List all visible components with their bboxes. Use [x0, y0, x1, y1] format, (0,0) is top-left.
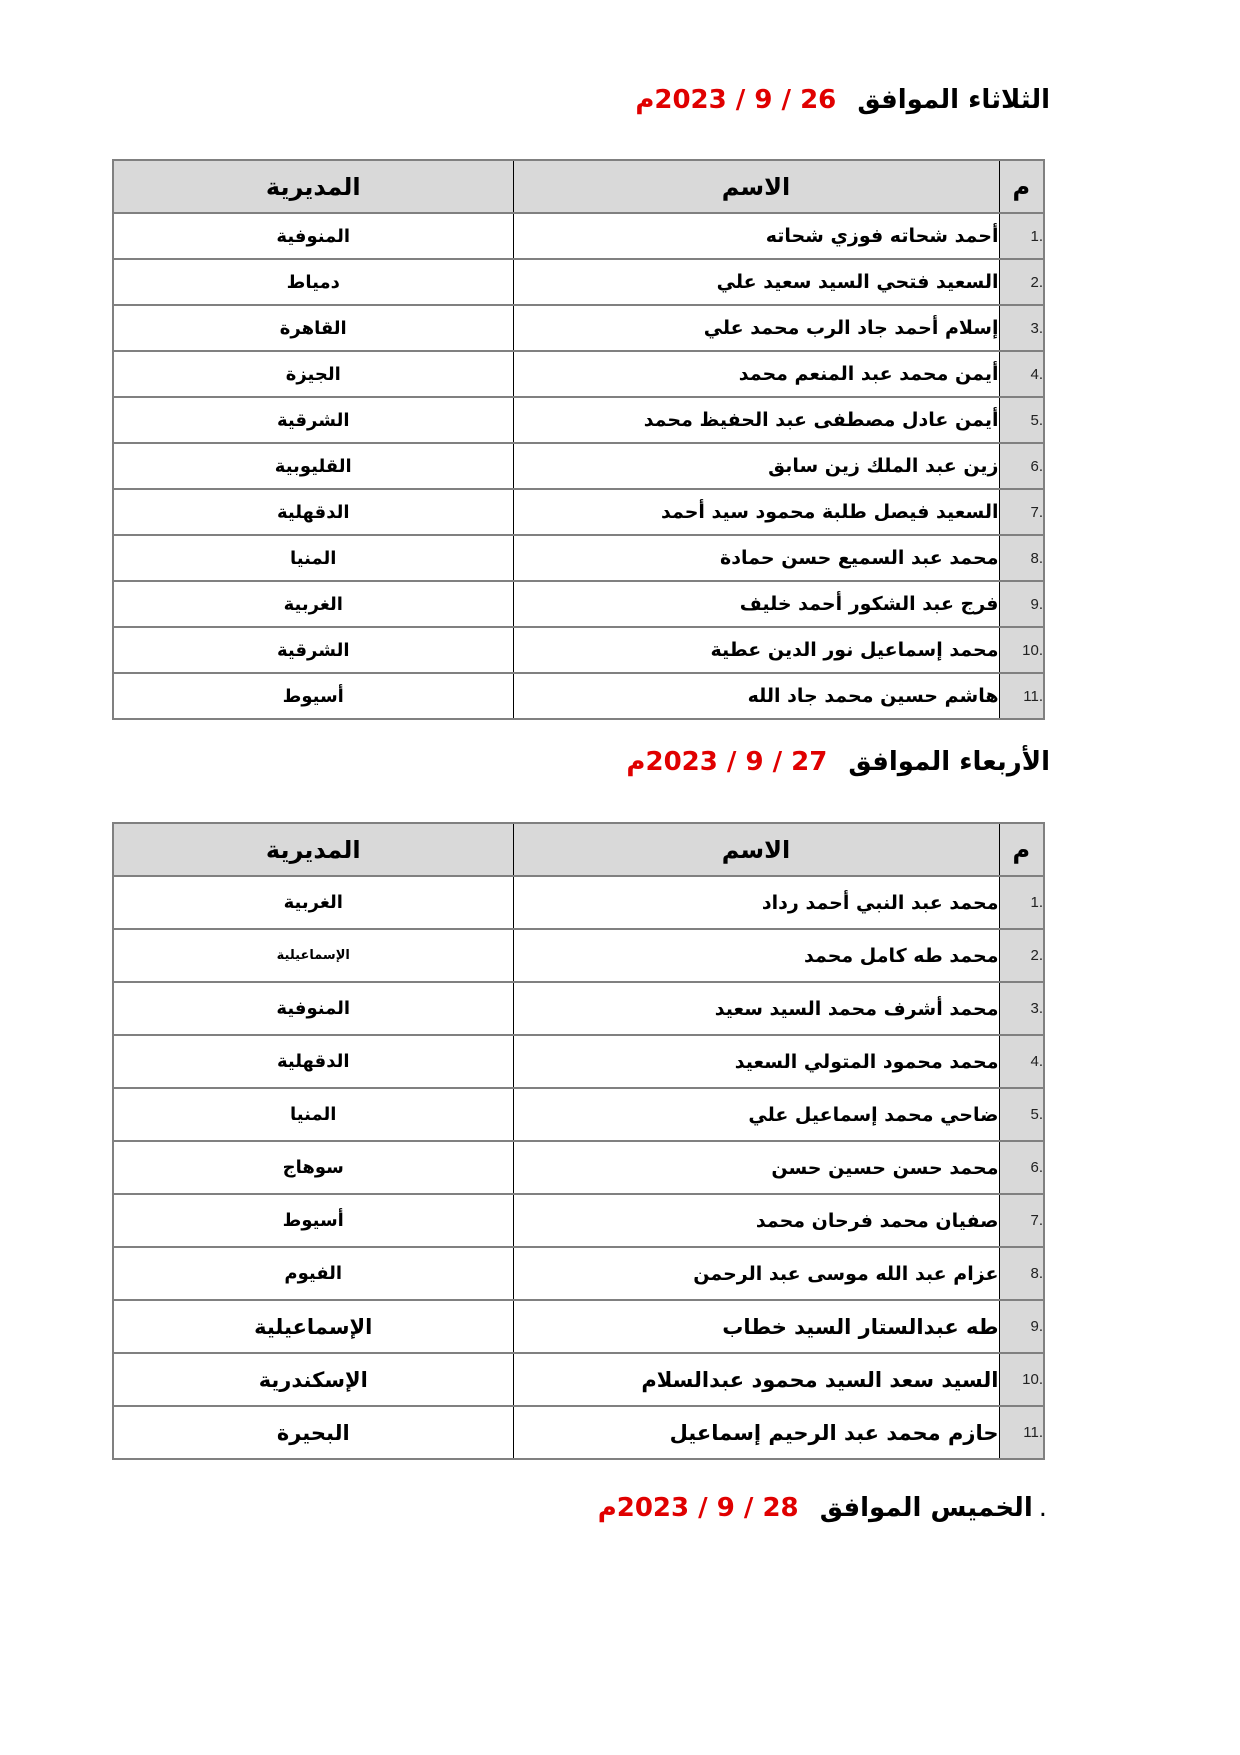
- row-directorate: الجيزة: [113, 351, 513, 397]
- row-name: إسلام أحمد جاد الرب محمد علي: [513, 305, 999, 351]
- row-number: 7.: [999, 1194, 1044, 1247]
- table-row: 3.إسلام أحمد جاد الرب محمد عليالقاهرة: [113, 305, 1044, 351]
- table-header-row: م الاسم المديرية: [113, 823, 1044, 876]
- row-name: السيد سعد السيد محمود عبدالسلام: [513, 1353, 999, 1406]
- row-number: 1.: [999, 876, 1044, 929]
- date-label: 26 / 9 / 2023م: [635, 85, 836, 115]
- row-name: عزام عبد الله موسى عبد الرحمن: [513, 1247, 999, 1300]
- roster-table-wednesday: م الاسم المديرية 1.محمد عبد النبي أحمد ر…: [112, 822, 1045, 1460]
- table-row: 3.محمد أشرف محمد السيد سعيدالمنوفية: [113, 982, 1044, 1035]
- table-row: 6.محمد حسن حسين حسنسوهاج: [113, 1141, 1044, 1194]
- column-header-directorate: المديرية: [113, 160, 513, 213]
- row-directorate: الإسماعيلية: [113, 1300, 513, 1353]
- date-label: 28 / 9 / 2023م: [598, 1493, 799, 1523]
- roster-table-tuesday: م الاسم المديرية 1.أحمد شحاته فوزي شحاته…: [112, 159, 1045, 720]
- row-directorate: الإسكندرية: [113, 1353, 513, 1406]
- row-number: 7.: [999, 489, 1044, 535]
- section-heading-thursday: .الخميس الموافق 28 / 9 / 2023م: [598, 1488, 1047, 1528]
- row-directorate: الإسماعيلية: [113, 929, 513, 982]
- table-row: 1.أحمد شحاته فوزي شحاتهالمنوفية: [113, 213, 1044, 259]
- row-name: أيمن عادل مصطفى عبد الحفيظ محمد: [513, 397, 999, 443]
- column-header-number: م: [999, 160, 1044, 213]
- row-number: 5.: [999, 1088, 1044, 1141]
- row-number: 8.: [999, 1247, 1044, 1300]
- row-number: 11.: [999, 1406, 1044, 1459]
- table-row: 8.محمد عبد السميع حسن حمادةالمنيا: [113, 535, 1044, 581]
- row-name: أحمد شحاته فوزي شحاته: [513, 213, 999, 259]
- column-header-name: الاسم: [513, 160, 999, 213]
- leading-dot: .: [1039, 1493, 1047, 1523]
- table-row: 2.السعيد فتحي السيد سعيد عليدمياط: [113, 259, 1044, 305]
- row-directorate: المنيا: [113, 535, 513, 581]
- row-number: 9.: [999, 581, 1044, 627]
- row-number: 8.: [999, 535, 1044, 581]
- table-row: 9.فرج عبد الشكور أحمد خليفالغربية: [113, 581, 1044, 627]
- row-name: السعيد فتحي السيد سعيد علي: [513, 259, 999, 305]
- table-row: 9.طه عبدالستار السيد خطابالإسماعيلية: [113, 1300, 1044, 1353]
- row-number: 9.: [999, 1300, 1044, 1353]
- row-number: 3.: [999, 982, 1044, 1035]
- table-row: 8.عزام عبد الله موسى عبد الرحمنالفيوم: [113, 1247, 1044, 1300]
- row-name: زين عبد الملك زين سابق: [513, 443, 999, 489]
- day-label: الثلاثاء الموافق: [857, 85, 1050, 115]
- row-number: 2.: [999, 259, 1044, 305]
- row-directorate: الفيوم: [113, 1247, 513, 1300]
- row-number: 10.: [999, 627, 1044, 673]
- table-row: 10.محمد إسماعيل نور الدين عطيةالشرقية: [113, 627, 1044, 673]
- table-row: 6.زين عبد الملك زين سابقالقليوبية: [113, 443, 1044, 489]
- day-label: الأربعاء الموافق: [848, 747, 1050, 777]
- row-name: صفيان محمد فرحان محمد: [513, 1194, 999, 1247]
- row-name: محمد عبد النبي أحمد رداد: [513, 876, 999, 929]
- row-number: 4.: [999, 351, 1044, 397]
- row-number: 10.: [999, 1353, 1044, 1406]
- row-directorate: البحيرة: [113, 1406, 513, 1459]
- row-name: طه عبدالستار السيد خطاب: [513, 1300, 999, 1353]
- row-directorate: القاهرة: [113, 305, 513, 351]
- row-name: ضاحي محمد إسماعيل علي: [513, 1088, 999, 1141]
- row-name: السعيد فيصل طلبة محمود سيد أحمد: [513, 489, 999, 535]
- row-number: 6.: [999, 1141, 1044, 1194]
- table-row: 5.ضاحي محمد إسماعيل عليالمنيا: [113, 1088, 1044, 1141]
- row-number: 11.: [999, 673, 1044, 719]
- row-name: محمد محمود المتولي السعيد: [513, 1035, 999, 1088]
- row-directorate: الشرقية: [113, 397, 513, 443]
- table-row: 11.حازم محمد عبد الرحيم إسماعيلالبحيرة: [113, 1406, 1044, 1459]
- row-name: حازم محمد عبد الرحيم إسماعيل: [513, 1406, 999, 1459]
- table-header-row: م الاسم المديرية: [113, 160, 1044, 213]
- day-label: الخميس الموافق: [820, 1493, 1033, 1523]
- row-directorate: المنوفية: [113, 982, 513, 1035]
- section-heading-tuesday: الثلاثاء الموافق 26 / 9 / 2023م: [635, 80, 1050, 120]
- row-number: 3.: [999, 305, 1044, 351]
- row-name: هاشم حسين محمد جاد الله: [513, 673, 999, 719]
- table-row: 1.محمد عبد النبي أحمد ردادالغربية: [113, 876, 1044, 929]
- section-heading-wednesday: الأربعاء الموافق 27 / 9 / 2023م: [626, 742, 1050, 782]
- table-row: 7.السعيد فيصل طلبة محمود سيد أحمدالدقهلي…: [113, 489, 1044, 535]
- table-row: 4.محمد محمود المتولي السعيدالدقهلية: [113, 1035, 1044, 1088]
- row-directorate: أسيوط: [113, 673, 513, 719]
- row-directorate: أسيوط: [113, 1194, 513, 1247]
- row-directorate: الغربية: [113, 581, 513, 627]
- column-header-number: م: [999, 823, 1044, 876]
- row-directorate: القليوبية: [113, 443, 513, 489]
- column-header-directorate: المديرية: [113, 823, 513, 876]
- row-name: فرج عبد الشكور أحمد خليف: [513, 581, 999, 627]
- row-directorate: المنيا: [113, 1088, 513, 1141]
- row-directorate: دمياط: [113, 259, 513, 305]
- row-directorate: سوهاج: [113, 1141, 513, 1194]
- table-row: 10.السيد سعد السيد محمود عبدالسلامالإسكن…: [113, 1353, 1044, 1406]
- date-label: 27 / 9 / 2023م: [626, 747, 827, 777]
- row-number: 5.: [999, 397, 1044, 443]
- table-row: 2.محمد طه كامل محمدالإسماعيلية: [113, 929, 1044, 982]
- row-name: أيمن محمد عبد المنعم محمد: [513, 351, 999, 397]
- row-directorate: الغربية: [113, 876, 513, 929]
- row-name: محمد عبد السميع حسن حمادة: [513, 535, 999, 581]
- row-name: محمد طه كامل محمد: [513, 929, 999, 982]
- row-number: 6.: [999, 443, 1044, 489]
- row-name: محمد إسماعيل نور الدين عطية: [513, 627, 999, 673]
- row-number: 1.: [999, 213, 1044, 259]
- row-number: 2.: [999, 929, 1044, 982]
- row-name: محمد حسن حسين حسن: [513, 1141, 999, 1194]
- column-header-name: الاسم: [513, 823, 999, 876]
- row-directorate: الدقهلية: [113, 1035, 513, 1088]
- row-number: 4.: [999, 1035, 1044, 1088]
- table-row: 5.أيمن عادل مصطفى عبد الحفيظ محمدالشرقية: [113, 397, 1044, 443]
- table-row: 11.هاشم حسين محمد جاد اللهأسيوط: [113, 673, 1044, 719]
- table-row: 4.أيمن محمد عبد المنعم محمدالجيزة: [113, 351, 1044, 397]
- row-directorate: المنوفية: [113, 213, 513, 259]
- row-directorate: الدقهلية: [113, 489, 513, 535]
- table-row: 7.صفيان محمد فرحان محمدأسيوط: [113, 1194, 1044, 1247]
- row-directorate: الشرقية: [113, 627, 513, 673]
- row-name: محمد أشرف محمد السيد سعيد: [513, 982, 999, 1035]
